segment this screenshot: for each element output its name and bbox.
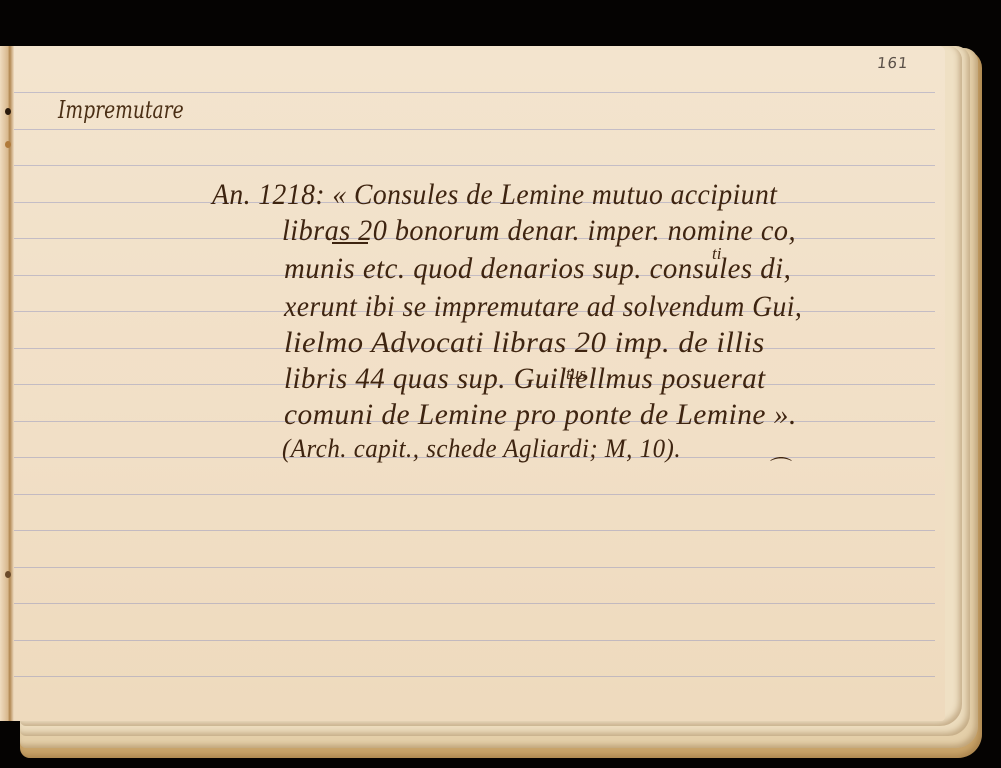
binding-gutter (0, 46, 14, 721)
ruled-line (10, 676, 935, 677)
entry-line: An. 1218: « Consules de Lemine mutuo acc… (212, 178, 777, 212)
entry-line: lielmo Advocati libras 20 imp. de illis (284, 326, 765, 360)
superscript: ti (712, 244, 721, 264)
binding-hole (5, 108, 11, 115)
ruled-line (10, 603, 935, 604)
entry-line: comuni de Lemine pro ponte de Lemine ». (284, 398, 797, 432)
binding-hole (5, 141, 11, 148)
entry-line: xerunt ibi se impremutare ad solvendum G… (284, 290, 802, 324)
page-number: 161 (876, 54, 910, 72)
ruled-line (10, 567, 935, 568)
ruled-line (10, 92, 935, 93)
ruled-line (10, 129, 935, 130)
entry-citation: (Arch. capit., schede Agliardi; M, 10). (282, 434, 681, 464)
tilde-mark: ⌒ (770, 452, 792, 483)
superscript: tus (566, 364, 586, 384)
ruled-line (10, 530, 935, 531)
ruled-line (10, 494, 935, 495)
underline-mark (332, 242, 368, 244)
entry-line: libris 44 quas sup. Guiliellmus posuerat (284, 362, 766, 396)
notebook: 161 Impremutare An. 1218: « Consules de … (0, 0, 1001, 768)
ruled-line (10, 165, 935, 166)
binding-hole (5, 571, 11, 578)
entry-heading: Impremutare (58, 96, 184, 124)
ruled-line (10, 640, 935, 641)
